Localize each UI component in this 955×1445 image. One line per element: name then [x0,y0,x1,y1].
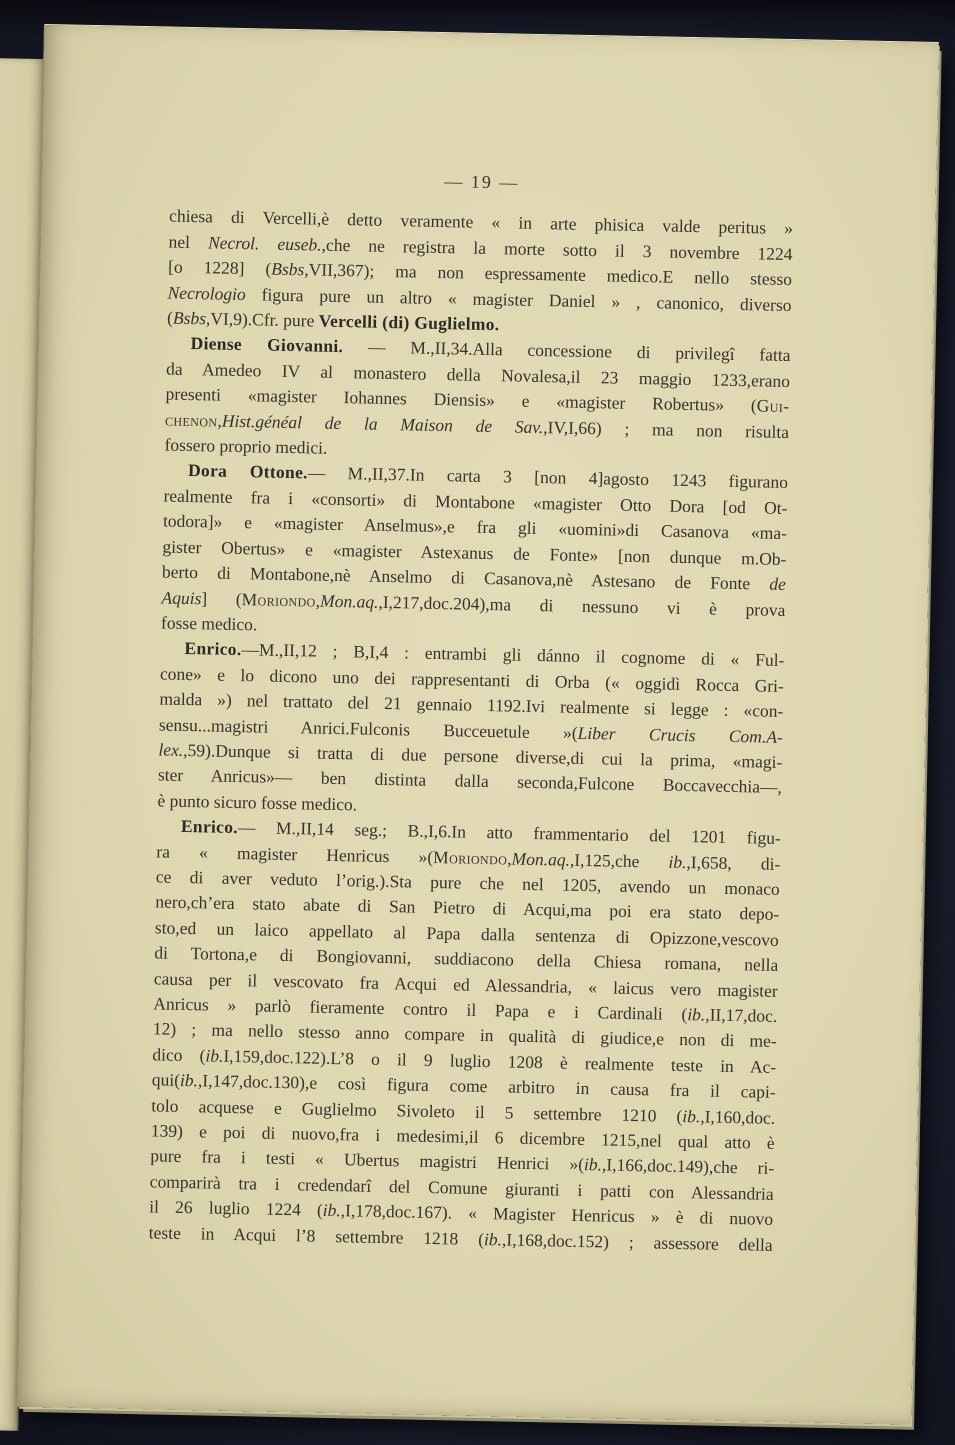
book-page: — 19 — chiesa di Vercelli,è detto verame… [16,24,939,1425]
text-block: — 19 — chiesa di Vercelli,è detto verame… [149,164,795,1258]
page-number: — 19 — [170,164,794,202]
